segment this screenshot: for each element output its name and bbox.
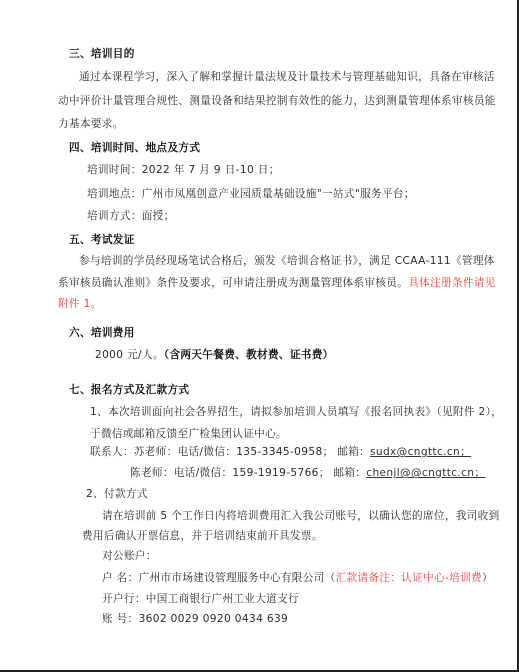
training-place-value: 广州市凤凰创意产业园质量基础设施"一站式"服务平台； [142, 188, 415, 200]
section-heading-time-place-mode: 四、培训时间、地点及方式 [69, 141, 200, 155]
training-fee: 2000 元/人。（含两天午餐费、教材费、证书费） [95, 348, 334, 362]
paragraph-line: 通过本课程学习，深入了解和掌握计量法规及计量技术与管理基础知识，具备在审核活 [79, 70, 495, 84]
bank-value: 中国工商银行广州工业大道支行 [146, 593, 299, 605]
phone-number: 135-3345-0958； [236, 446, 333, 458]
training-time: 培训时间：2022 年 7 月 9 日-10 日； [87, 163, 280, 177]
email-link[interactable]: sudx@cngttc.cn； [370, 446, 471, 458]
training-time-value: 2022 年 7 月 9 日-10 日； [142, 164, 280, 176]
training-place-label: 培训地点： [87, 188, 142, 200]
registration-conditions-note: 具体注册条件请见 [408, 277, 496, 289]
phone-label: 电话/微信： [178, 446, 237, 458]
document-page: 三、培训目的 通过本课程学习，深入了解和掌握计量法规及计量技术与管理基础知识，具… [0, 0, 519, 672]
paren-open: （ [325, 572, 336, 584]
training-mode-value: 面授； [142, 210, 175, 222]
registration-item-1: 1、本次培训面向社会各界招生，请拟参加培训人员填写《报名回执表》（见附件 2）， [90, 405, 502, 419]
paragraph-line: 费用后确认开票信息，并于培训结束前开具发票。 [82, 529, 323, 543]
paragraph-line: 力基本要求。 [58, 117, 124, 131]
bank-name: 开户行：中国工商银行广州工业大道支行 [102, 592, 299, 606]
phone-number: 159-1919-5766； [232, 467, 329, 479]
bank-label: 开户行： [102, 593, 146, 605]
section-heading-training-purpose: 三、培训目的 [69, 47, 135, 61]
paragraph-line: 请在培训前 5 个工作日内将培训费用汇入我公司账号，以确认您的席位，我司收到 [102, 509, 500, 523]
account-name-label: 户 名： [102, 572, 139, 584]
paren-close: ） [482, 572, 493, 584]
remittance-note: 汇款请备注：认证中心-培训费 [336, 572, 482, 584]
fee-includes-note: （含两天午餐费、教材费、证书费） [164, 349, 334, 361]
paragraph-line: 参与培训的学员经现场笔试合格后，颁发《培训合格证书》，满足 CCAA-111《管… [79, 254, 495, 268]
corporate-account-heading: 对公账户： [102, 549, 157, 563]
section-heading-registration-payment: 七、报名方式及汇款方式 [69, 383, 189, 397]
contact-name: 陈老师： [130, 467, 174, 479]
email-label: 邮箱： [333, 467, 366, 479]
contact-su: 联系人：苏老师：电话/微信：135-3345-0958； 邮箱：sudx@cng… [90, 445, 471, 459]
section-heading-training-fee: 六、培训费用 [69, 326, 135, 340]
paragraph-line: 动中评价计量管理合规性、测量设备和结果控制有效性的能力，达到测量管理体系审核员能 [58, 94, 496, 108]
training-time-label: 培训时间： [87, 164, 142, 176]
account-number-value: 3602 0029 0920 0434 639 [139, 613, 289, 625]
training-mode: 培训方式：面授； [87, 209, 175, 223]
training-mode-label: 培训方式： [87, 210, 142, 222]
account-number-label: 账 号： [102, 613, 139, 625]
training-place: 培训地点：广州市凤凰创意产业园质量基础设施"一站式"服务平台； [87, 187, 415, 201]
email-link[interactable]: chenjl@@cngttc.cn； [366, 467, 485, 479]
paragraph-line: 系审核员确认准则》条件及要求，可申请注册成为测量管理体系审核员。具体注册条件请见 [58, 276, 496, 290]
contact-name: 苏老师： [134, 446, 178, 458]
contact-chen: 陈老师：电话/微信：159-1919-5766； 邮箱：chenjl@@cngt… [130, 466, 485, 480]
contact-label: 联系人： [90, 446, 134, 458]
account-name: 户 名：广州市市场建设管理服务中心有限公司（汇款请备注：认证中心-培训费） [102, 571, 493, 585]
account-number: 账 号：3602 0029 0920 0434 639 [102, 612, 288, 626]
section-heading-exam-certificate: 五、考试发证 [69, 233, 135, 247]
fee-amount: 2000 元/人。 [95, 349, 164, 361]
certificate-conditions-text: 系审核员确认准则》条件及要求，可申请注册成为测量管理体系审核员。 [58, 277, 408, 289]
payment-method-heading: 2、付款方式 [86, 487, 148, 501]
attachment-1-reference: 附件 1。 [58, 297, 102, 311]
email-label: 邮箱： [337, 446, 370, 458]
phone-label: 电话/微信： [174, 467, 233, 479]
account-name-value: 广州市市场建设管理服务中心有限公司 [139, 572, 325, 584]
registration-item-1-cont: 于微信或邮箱反馈至广检集团认证中心。 [90, 427, 287, 441]
